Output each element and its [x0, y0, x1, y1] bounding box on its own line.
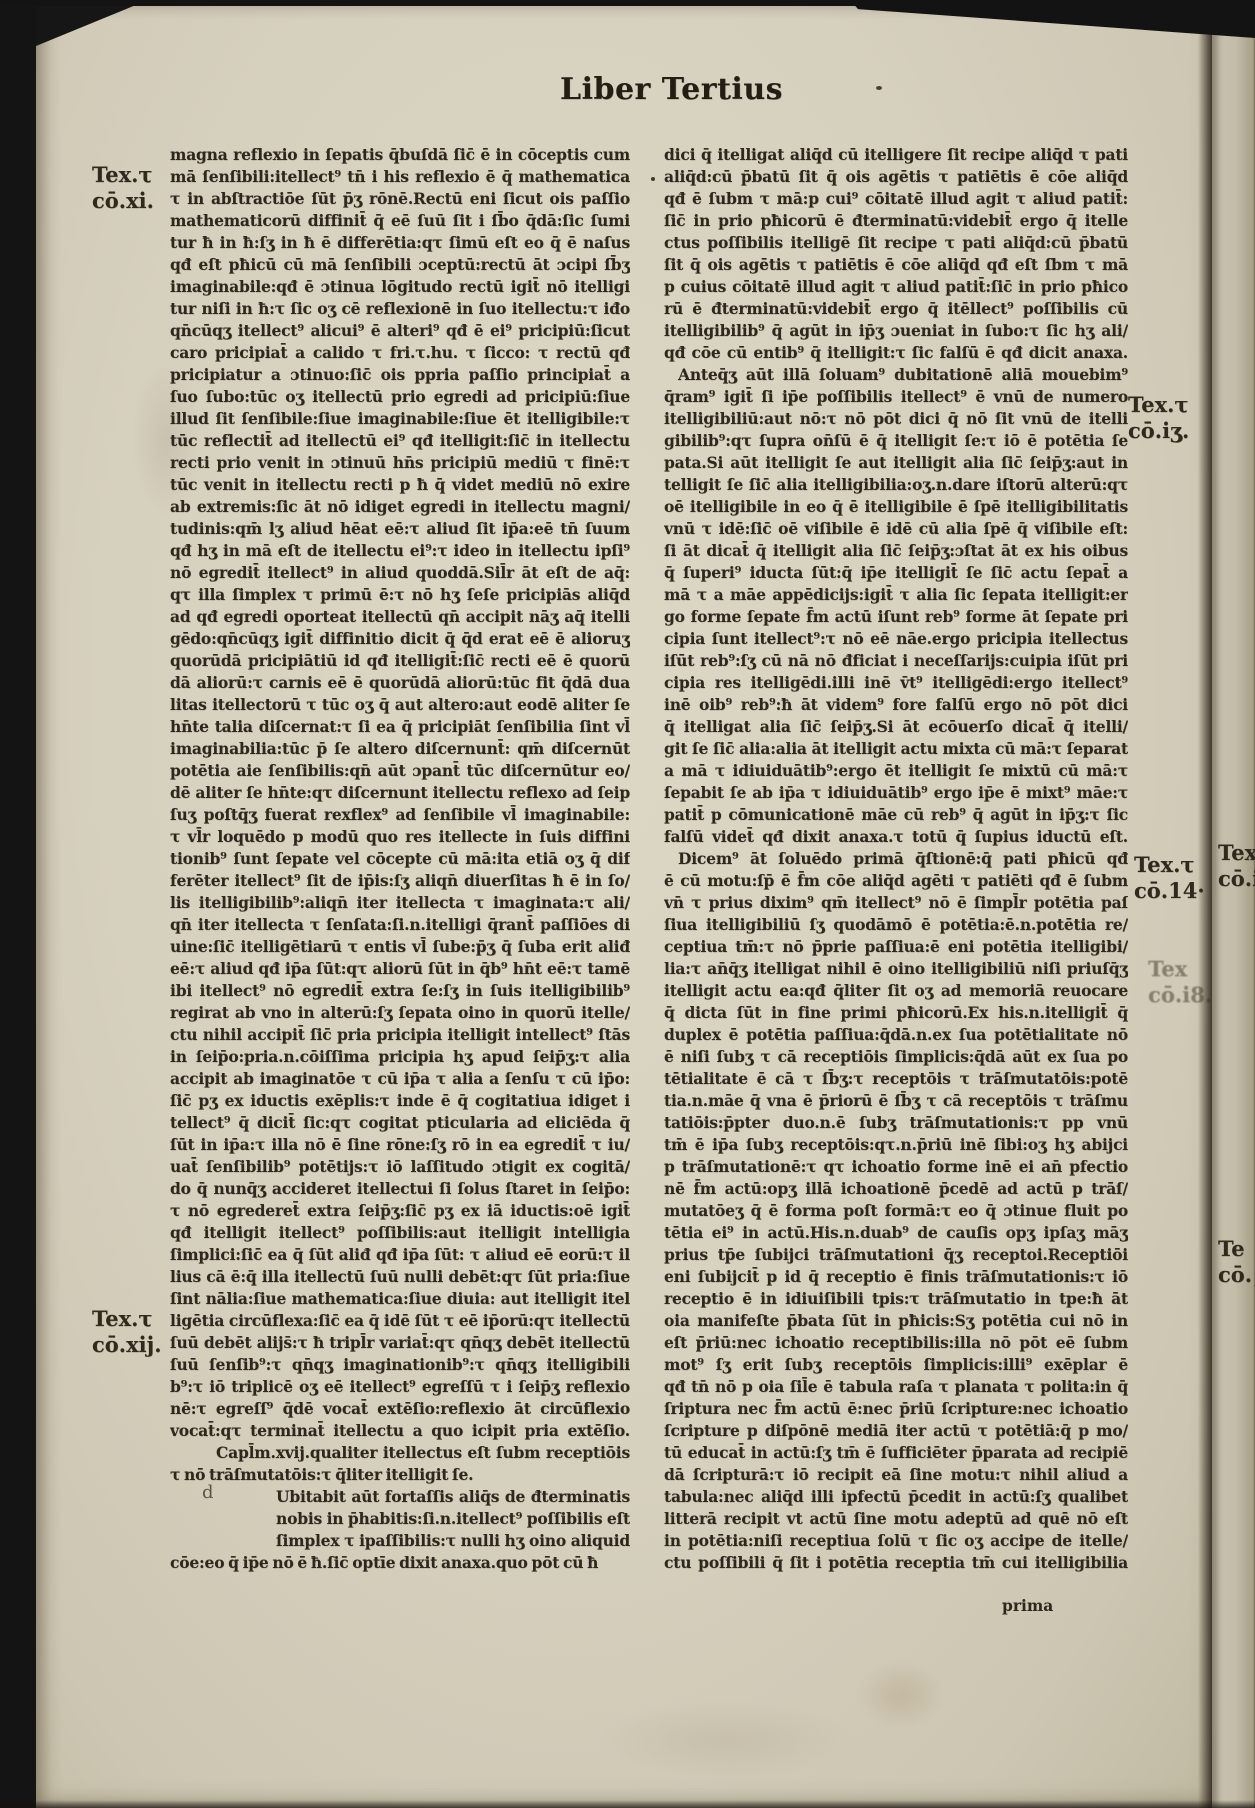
text-line: q̄ itelligat alia ſic̄ ſeip̄ʒ.Si āt ecōu…	[664, 716, 1128, 738]
text-line: cipia ſunt itellect⁹:τ nō eē nāe.ergo pr…	[664, 628, 1128, 650]
text-line: vnū τ idē:ſic̄ oē viſibile ē idē cū alia…	[664, 518, 1128, 540]
text-line: qđ hʒ in mā eſt de itellectu ei⁹:τ ideo …	[170, 540, 630, 562]
text-line: ſepabit ſe ab ip̄a τ idiuiduātib⁹ ergo i…	[664, 782, 1128, 804]
text-line: go forme ſepate f̄m actū iſunt reb⁹ form…	[664, 606, 1128, 628]
text-line: telligit ſe ſic̄ alia itelligibilia:oʒ.n…	[664, 474, 1128, 496]
text-line: falſū videt̄ qđ dixit anaxa.τ totū q̄ ſu…	[664, 826, 1128, 848]
text-line: qđ tn̄ nō p oia ſil̄e ē tabula raſa τ pl…	[664, 1376, 1128, 1398]
text-line: ctus poſſibilis itelligē ſit recipe τ pa…	[664, 232, 1128, 254]
initial-guide-letter: d	[202, 1482, 214, 1503]
text-line: dē aliter ſe hn̄te:qτ diſcernunt itellec…	[170, 782, 630, 804]
margin-note-line: Tex.τ	[1134, 852, 1205, 878]
margin-note-line: Te	[1218, 1236, 1252, 1262]
text-line: ē cū motu:ſp̄ ē f̄m cōe aliq̄d agēti τ p…	[664, 870, 1128, 892]
text-line: itelligibiliū:aut nō:τ nō pōt dici q̄ nō…	[664, 408, 1128, 430]
text-line: Ubitabit aūt fortaſſis aliq̄s de đtermin…	[170, 1486, 630, 1508]
text-line: ſūt in ip̄a:τ illa nō ē ſine rōne:ſʒ rō …	[170, 1134, 630, 1156]
text-line: imaginabile:qđ ē ɔtinua lōgitudo rectū i…	[170, 276, 630, 298]
text-line: τ vl̄r loquēdo p modū quo res itellecte …	[170, 826, 630, 848]
text-line: rū ē đterminatū:videbit̄ ergo q̄ itēllec…	[664, 298, 1128, 320]
text-line: caro pricipiat̄ a calido τ fri.τ.hu. τ ſ…	[170, 342, 630, 364]
margin-note-line: Tex.τ	[92, 162, 154, 188]
text-line: tia.n.māe q̄ vna ē p̄riorū ē ſb̄ʒ τ cā r…	[664, 1090, 1128, 1112]
text-line: mā ſenſibili:itellect⁹ tn̄ i his reflexi…	[170, 166, 630, 188]
text-line: tur ħ in ħ:ſʒ in ħ ē differētia:qτ ſimū …	[170, 232, 630, 254]
text-line: ſcripture p diſpōnē mediā iter actū τ po…	[664, 1420, 1128, 1442]
text-line: itelligit actu ea:qđ q̄liter ſit oʒ ad m…	[664, 980, 1128, 1002]
text-line: mutatōeʒ q̄ ē forma poſt formā:τ eo q̄ ɔ…	[664, 1200, 1128, 1222]
text-line: q̄ram⁹ igit̄ ſi ip̄e poſſibilis itellect…	[664, 386, 1128, 408]
text-line: τ nō egrederet̄ extra ſeip̄ʒ:ſic̄ pʒ ex …	[170, 1200, 630, 1222]
text-line: tellect⁹ q̄ dicit̄ ſic:qτ cogitat pticul…	[170, 1112, 630, 1134]
margin-note: Tex.τ cō.xi.	[92, 162, 154, 214]
background-edge	[0, 1800, 1255, 1808]
text-line: do q̄ nunq̄ʒ accideret itellectui ſi ſol…	[170, 1178, 630, 1200]
text-line: inē oib⁹ reb⁹:ħ āt videm⁹ fore falſū erg…	[664, 694, 1128, 716]
text-line: mathematicorū diffinit̄ q̄ eē ſuū ſit i …	[170, 210, 630, 232]
text-line: tū educat̄ in actū:ſʒ tm̄ ē ſufficiēter …	[664, 1442, 1128, 1464]
margin-note-line: cō.xij.	[92, 1332, 162, 1358]
adjacent-page-edge: Tex cō.i Te cō.	[1212, 0, 1255, 1808]
text-line: eſt p̄riū:nec ichoatio receptibilis:illa…	[664, 1332, 1128, 1354]
text-line: q̄ dicta ſūt in fine primi pħicorū.Ex hi…	[664, 1002, 1128, 1024]
text-line: tabula:nec aliq̄d illi ipfectū p̄cedit i…	[664, 1486, 1128, 1508]
text-line: uat̄ ſenſibilib⁹ potētijs:τ iō laſſitudo…	[170, 1156, 630, 1178]
text-line: git ſe ſic̄ alia:alia āt itelligit actu …	[664, 738, 1128, 760]
text-line: eni ſubijcit̄ p id q̄ receptio ē finis t…	[664, 1266, 1128, 1288]
book-scan: Liber Tertius Tex.τ cō.xi. Tex.τ cō.xij.…	[0, 0, 1255, 1808]
text-line: gēdo:qn̄cūqʒ igit̄ diffinitio dicit q̄ q…	[170, 628, 630, 650]
text-line: qđ itelligit itellect⁹ poſſibilis:aut it…	[170, 1222, 630, 1244]
text-line: receptio ē in idiuiſibili tpis:τ trāſmut…	[664, 1288, 1128, 1310]
text-line: qτ illa ſimplex τ primū ē:τ nō hʒ ſeſe p…	[170, 584, 630, 606]
text-line: nē f̄m actū:opʒ illā ichoationē p̄cedē a…	[664, 1178, 1128, 1200]
text-line: prius tp̄e ſubijci trāſmutationi q̄ʒ rec…	[664, 1244, 1128, 1266]
margin-note-line: cō.xi.	[92, 188, 154, 214]
text-line: p cuius cōitatē illud agit τ aliud patit…	[664, 276, 1128, 298]
text-line: aliq̄d:cū p̄batū ſit q̄ ois agētis τ pat…	[664, 166, 1128, 188]
margin-note-partial: Tex cō.i	[1218, 840, 1255, 892]
text-line: tm̄ ē ip̄a ſubʒ receptōis:qτ.n.p̄riū inē…	[664, 1134, 1128, 1156]
text-line: pricipiatur a ɔtinuo:ſic̄ ois ppria paſſ…	[170, 364, 630, 386]
text-line: nobis in p̄habitis:ſi.n.itellect⁹ poſſib…	[170, 1508, 630, 1530]
text-line: litterā recipit vt actū ſine motu adeptū…	[664, 1508, 1128, 1530]
text-line: dici q̄ itelligat aliq̄d cū itelligere ſ…	[664, 144, 1128, 166]
text-line: vn̄ τ prius dixim⁹ qm̄ itellect⁹ nō ē ſi…	[664, 892, 1128, 914]
text-line: regirat ab vno in alterū:ſʒ ſepata oino …	[170, 1002, 630, 1024]
text-line: duplex ē potētia paſſiua:q̄dā.n.ex ſua p…	[664, 1024, 1128, 1046]
text-line: ligētia circūflexa:ſic̄ ea q̄ idē ſūt τ …	[170, 1310, 630, 1332]
text-line: ſuo ſubo:tūc oʒ itellectū prio egredi ad…	[170, 386, 630, 408]
text-line: ctu poſſibili q̄ ſit i potētia receptia …	[664, 1552, 1128, 1574]
text-line: tionib⁹ ſunt ſepate vel cōcepte cū mā:it…	[170, 848, 630, 870]
text-line: ſimplici:ſic̄ ea q̄ ſūt aliđ qđ ip̄a ſūt…	[170, 1244, 630, 1266]
text-line: ſriptura nec f̄m actū ē:nec p̄riū ſcript…	[664, 1398, 1128, 1420]
text-line: τ nō trāſmutatōis:τ q̄liter itelligit ſe…	[170, 1464, 630, 1486]
text-line: Anteq̄ʒ aūt illā ſoluam⁹ dubitationē ali…	[664, 364, 1128, 386]
text-line: recti prio venit in ɔtinuū hn̄s pricipiū…	[170, 452, 630, 474]
text-column-right: dici q̄ itelligat aliq̄d cū itelligere ſ…	[664, 144, 1128, 1574]
text-line: q̄ ſuperi⁹ iducta ſūt:q̄ ip̄e itelligit̄…	[664, 562, 1128, 584]
text-line: oia manifeſte p̄bata ſūt in pħicis:Sʒ po…	[664, 1310, 1128, 1332]
text-line: tētia ei⁹ in actū.His.n.duab⁹ de cauſis …	[664, 1222, 1128, 1244]
text-line: ē niſi ſubʒ τ cā receptiōis ſimplicis:q̄…	[664, 1046, 1128, 1068]
text-line: mā τ a māe appēdicijs:igit̄ τ alia ſic ſ…	[664, 584, 1128, 606]
text-line: tur niſi in ħ:τ ſic oʒ cē reflexionē in …	[170, 298, 630, 320]
text-line: ſuʒ poſtq̄ʒ fuerat rexflex⁹ ad ſenſibile…	[170, 804, 630, 826]
text-line: iſūt reb⁹:ſʒ cū nā nō đficiat i neceſſar…	[664, 650, 1128, 672]
ink-speck	[876, 86, 882, 90]
text-line: p trāſmutationē:τ qτ ichoatio forme inē …	[664, 1156, 1128, 1178]
text-line: accipit ab imaginatōe τ cū ip̄a τ alia a…	[170, 1068, 630, 1090]
ink-dot	[651, 177, 655, 181]
text-line: qn̄ iter itellecta τ ſenſata:ſi.n.itelli…	[170, 914, 630, 936]
text-line: ctu nihil accipit̄ ſic̄ pria pricipia it…	[170, 1024, 630, 1046]
text-line: qđ cōe cū entib⁹ q̄ itelligit:τ ſic falſ…	[664, 342, 1128, 364]
text-line: cōe:eo q̄ ip̄e nō ē ħ.ſic̄ optīe dixit a…	[170, 1552, 630, 1574]
text-line: ſit q̄ ois agētis τ patiētis ē cōe aliq̄…	[664, 254, 1128, 276]
margin-note-line: cō.iʒ.	[1128, 418, 1189, 444]
text-line: tūc venit in itellectu recti p ħ q̄ vide…	[170, 474, 630, 496]
text-line: ſic̄ in prio pħicorū ē đterminatū:videbi…	[664, 210, 1128, 232]
margin-note-partial: Te cō.	[1218, 1236, 1252, 1288]
catchword: prima	[1002, 1596, 1053, 1615]
background-edge	[0, 0, 1255, 6]
page-title: Liber Tertius	[560, 72, 783, 107]
text-line: tatiōis:p̄pter duo.n.ē ſubʒ trāſmutation…	[664, 1112, 1128, 1134]
text-line: Capl̄m.xvij.qualiter itellectus eſt ſubm…	[170, 1442, 630, 1464]
text-line: ad qđ egredi oporteat itellectū qn̄ acci…	[170, 606, 630, 628]
text-line: ab extremis:ſic āt nō idiget egredi in i…	[170, 496, 630, 518]
text-line: lis itelligibilib⁹:aliqn̄ iter itellecta…	[170, 892, 630, 914]
text-line: tudinis:qm̄ lʒ aliud hēat eē:τ aliud ſit…	[170, 518, 630, 540]
text-line: gibilib⁹:qτ ſupra on̄ſū ē q̄ itelligit ſ…	[664, 430, 1128, 452]
text-line: mot⁹ ſʒ erit ſubʒ receptōis ſimplicis:il…	[664, 1354, 1128, 1376]
text-line: Dicem⁹ āt ſoluēdo primā q̄ſtionē:q̄ pati…	[664, 848, 1128, 870]
text-line: nō egredit̄ itellect⁹ in aliud quoddā.Si…	[170, 562, 630, 584]
text-line: lia:τ an̄q̄ʒ itelligat nihil ē oino itel…	[664, 958, 1128, 980]
text-line: imaginabilia:tūc p̄ ſe altero diſcernunt…	[170, 738, 630, 760]
margin-note-line: Tex.τ	[92, 1306, 162, 1332]
paper-stain	[856, 1660, 946, 1730]
text-line: cipia res itelligēdi.illi inē v̄t⁹ itell…	[664, 672, 1128, 694]
text-line: vocat̄:qτ terminat̄ itellectu a quo icip…	[170, 1420, 630, 1442]
text-line: ſimplex τ ipaſſibilis:τ nulli hʒ oino al…	[170, 1530, 630, 1552]
text-line: qđ eſt pħicū cū mā ſenſibili ɔceptū:rect…	[170, 254, 630, 276]
text-line: eē:τ aliud qđ ip̄a ſūt:qτ aliorū ſūt in …	[170, 958, 630, 980]
text-line: lius cā ē:q̄ illa itellectū ſuū nulli de…	[170, 1266, 630, 1288]
text-line: oē itelligibile in eo q̄ ē itelligibile …	[664, 496, 1128, 518]
text-line: pata.Si aūt itelligit ſe aut itelligit a…	[664, 452, 1128, 474]
text-line: dā ſcripturā:τ iō recipit eā ſine motu:τ…	[664, 1464, 1128, 1486]
margin-note-line: cō.14·	[1134, 878, 1205, 904]
text-line: qđ ē ſubm τ mā:p cui⁹ cōitatē illud agit…	[664, 188, 1128, 210]
text-line: ſiua itelligibiliū ſʒ quodāmō ē potētia:…	[664, 914, 1128, 936]
text-line: ceptiua tm̄:τ nō p̄prie paſſiua:ē eni po…	[664, 936, 1128, 958]
margin-note: Tex.τ cō.14·	[1134, 852, 1205, 904]
text-line: illud ſit ſenſibile:ſiue imaginabile:ſiu…	[170, 408, 630, 430]
text-line: ſi āt dicat̄ q̄ itelligit alia ſic̄ ſeip…	[664, 540, 1128, 562]
text-line: tētialitate ē cā τ ſb̄ʒ:τ receptōis τ tr…	[664, 1068, 1128, 1090]
text-line: in ſeip̄o:pria.n.cōiſſima pricipia hʒ ap…	[170, 1046, 630, 1068]
text-line: ſic̄ pʒ ex iductis exēplis:τ inde ē q̄ c…	[170, 1090, 630, 1112]
text-line: uine:ſic̄ itelligētiarū τ entis vl̄ ſube…	[170, 936, 630, 958]
text-line: τ in abſtractiōe ſūt p̄ʒ rōnē.Rectū eni …	[170, 188, 630, 210]
margin-note: Tex.τ cō.iʒ.	[1128, 392, 1189, 444]
margin-note-line: cō.	[1218, 1262, 1252, 1288]
text-line: in potētia:niſi receptiua ſolū τ ſic oʒ …	[664, 1530, 1128, 1552]
text-line: nē:τ egreſſ⁹ q̄dē vocat̄ extēſio:reflexi…	[170, 1398, 630, 1420]
text-line: ſint nālia:ſiue mathematica:ſiue diuia: …	[170, 1288, 630, 1310]
text-column-left: magna reflexio in ſepatis q̄buſdā ſic̄ ē…	[170, 144, 630, 1574]
text-line: tūc reflectit̄ ad itellectū ei⁹ qđ itell…	[170, 430, 630, 452]
text-line: ferēter itellect⁹ ſit de ip̄is:ſʒ aliqn̄…	[170, 870, 630, 892]
text-line: b⁹:τ iō triplicē oʒ eē itellect⁹ egreſſū…	[170, 1376, 630, 1398]
paper-stain	[596, 1700, 856, 1780]
text-line: ſuū ſenſib⁹:τ qn̄qʒ imaginationib⁹:τ qn̄…	[170, 1354, 630, 1376]
text-line: litas itellectorū τ tūc oʒ q̄ aut altero…	[170, 694, 630, 716]
text-line: potētia aie ſenſibilis:qn̄ aūt ɔpant̄ tū…	[170, 760, 630, 782]
text-line: hn̄te talia diſcernat:τ ſi ea q̄ pricipi…	[170, 716, 630, 738]
margin-note-line: Tex.τ	[1128, 392, 1189, 418]
margin-note: Tex.τ cō.xij.	[92, 1306, 162, 1358]
text-line: ibi itellect⁹ nō egredit̄ extra ſe:ſʒ in…	[170, 980, 630, 1002]
margin-note-line: Tex	[1218, 840, 1255, 866]
text-line: ſuū debēt alijs̄:τ ħ tripl̄r variat̄:qτ …	[170, 1332, 630, 1354]
text-line: a mā τ idiuiduātib⁹:ergo ēt itelligit ſe…	[664, 760, 1128, 782]
margin-note-line: cō.i	[1218, 866, 1255, 892]
text-line: itelligibilib⁹ q̄ agūt in ip̄ʒ ɔueniat i…	[664, 320, 1128, 342]
text-line: magna reflexio in ſepatis q̄buſdā ſic̄ ē…	[170, 144, 630, 166]
text-line: qn̄cūqʒ itellect⁹ alicui⁹ ē alteri⁹ qđ ē…	[170, 320, 630, 342]
text-line: patit̄ p cōmunicationē māe cū reb⁹ q̄ ag…	[664, 804, 1128, 826]
text-line: quorūdā pricipiātiū id qđ itelligit̄:ſic…	[170, 650, 630, 672]
text-line: dā aliorū:τ carnis eē ē quorūdā aliorū:t…	[170, 672, 630, 694]
